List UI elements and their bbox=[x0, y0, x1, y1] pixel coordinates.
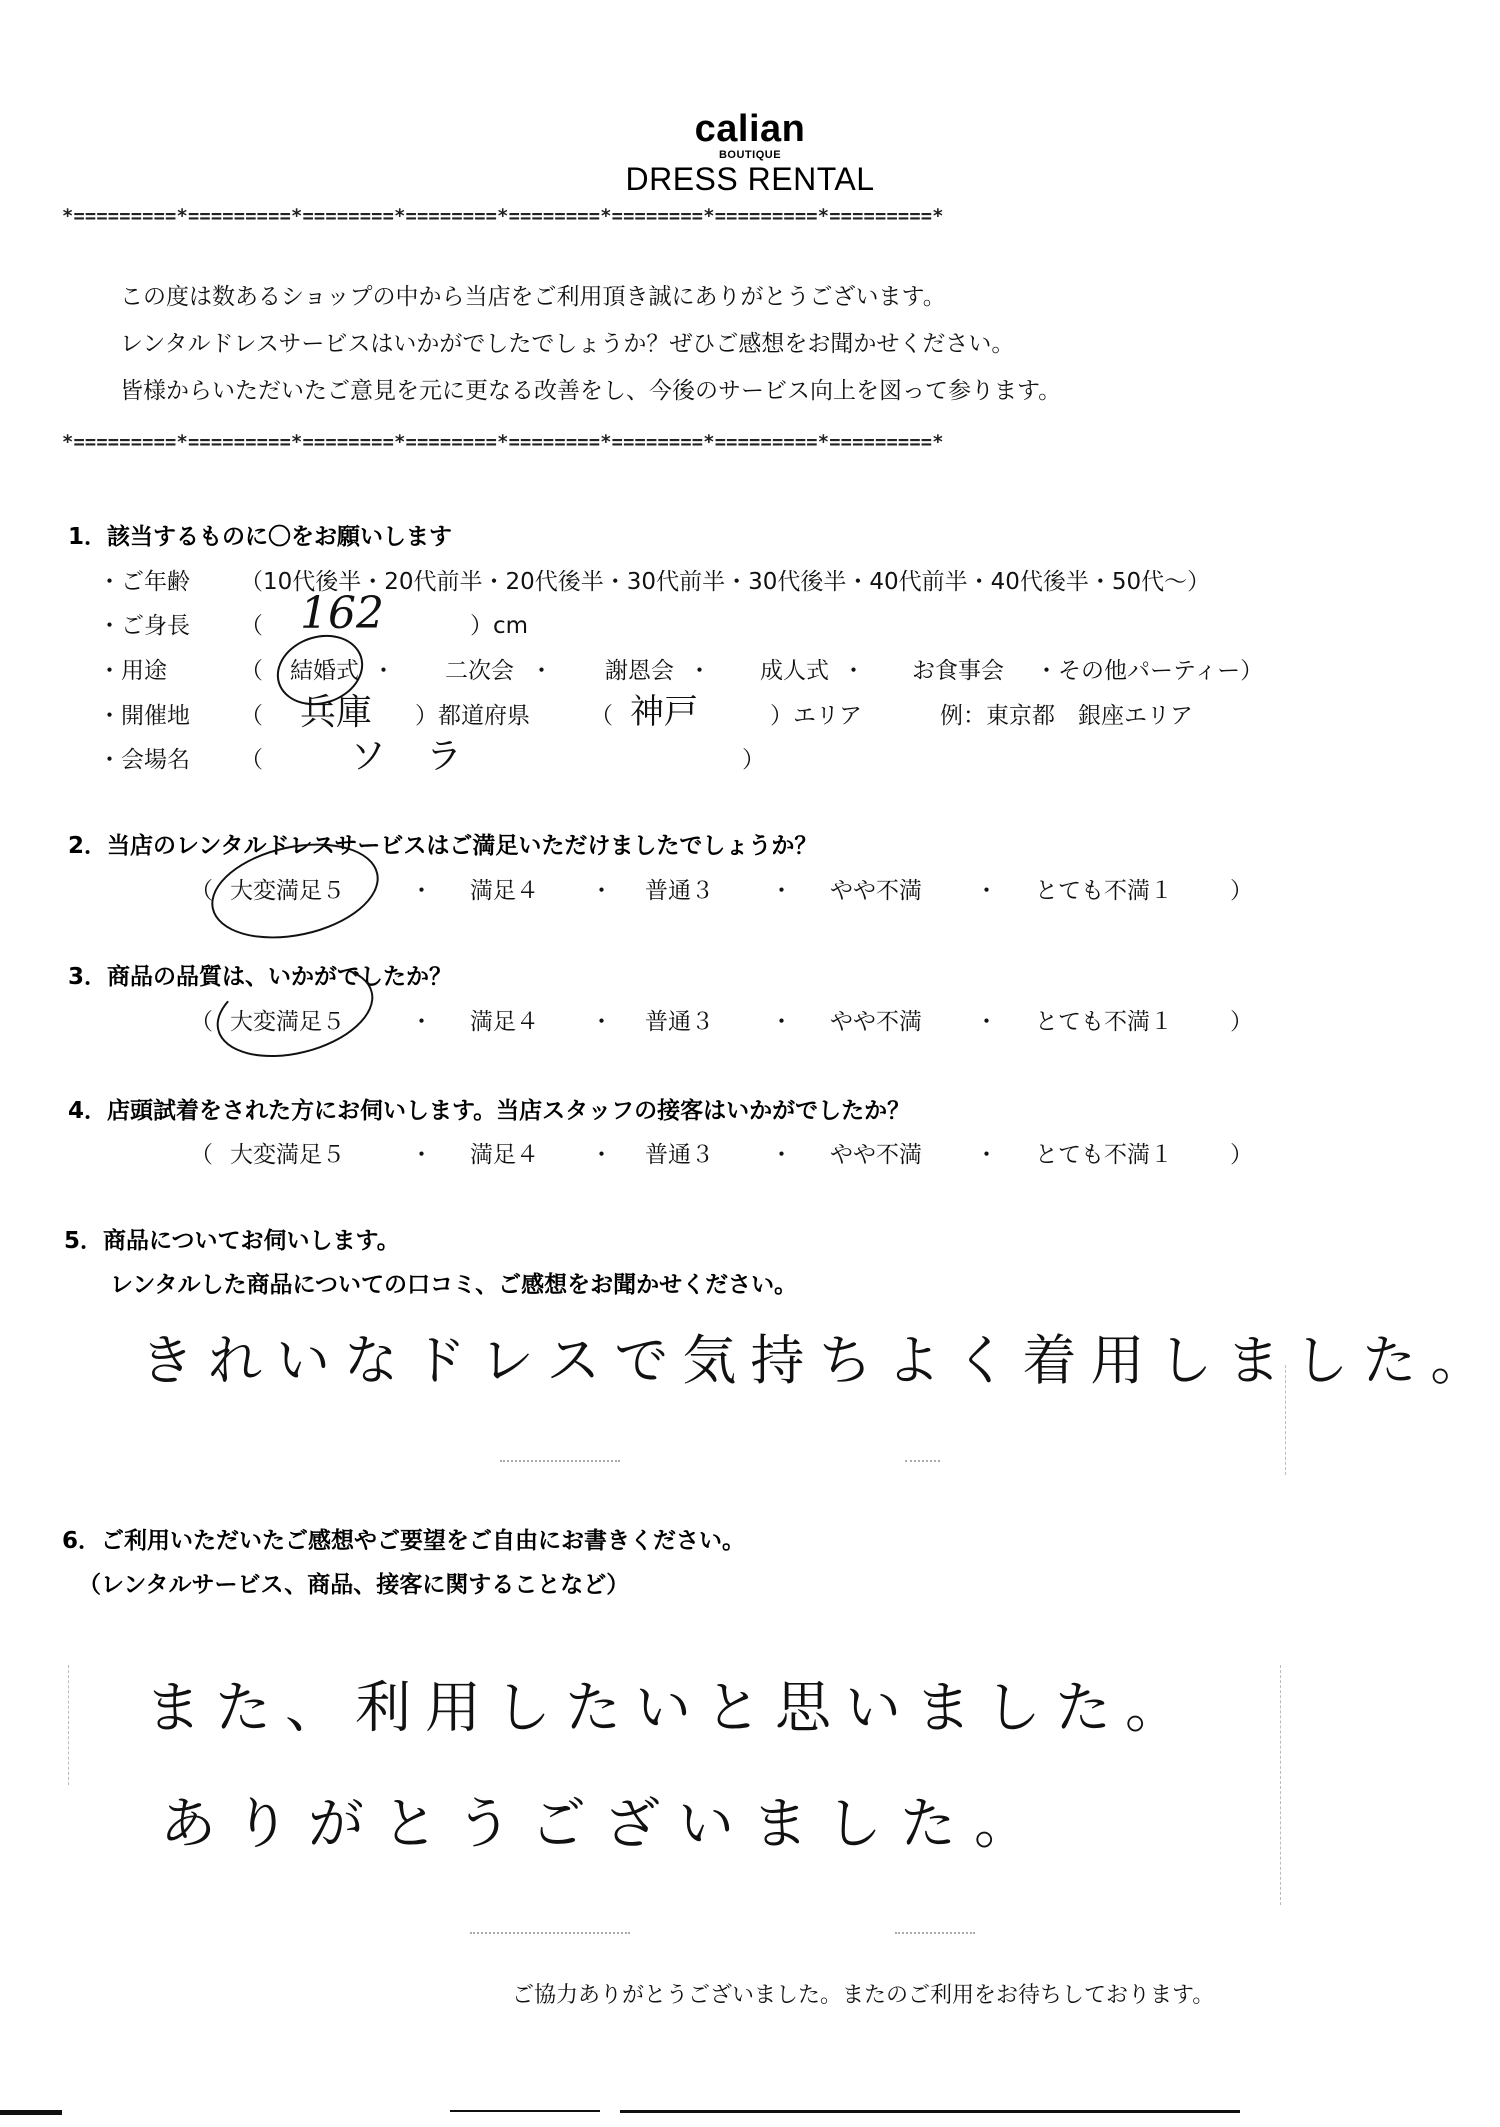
answer-box-edge bbox=[1280, 1665, 1281, 1905]
divider-bottom: *=========*=========*========*========*=… bbox=[62, 432, 1382, 453]
area-input[interactable]: 神戸 bbox=[630, 684, 698, 733]
prefecture-suffix: ）都道府県 bbox=[415, 697, 530, 730]
age-options[interactable]: （10代後半・20代前半・20代後半・30代前半・30代後半・40代前半・40代… bbox=[240, 563, 1210, 596]
answer-box-dots bbox=[470, 1932, 630, 1934]
height-open-paren: （ bbox=[240, 607, 263, 640]
rating-sep: ・ bbox=[770, 1003, 793, 1036]
intro-line-2: レンタルドレスサービスはいかがでしたでしょうか？ぜひご感想をお聞かせください。 bbox=[120, 325, 1014, 358]
q4-title: 4．店頭試着をされた方にお伺いします。当店スタッフの接客はいかがでしたか？ bbox=[68, 1092, 910, 1125]
answer-box-dots bbox=[500, 1460, 620, 1462]
q4-rating-options: （ 大変満足５ ・ 満足４ ・ 普通３ ・ やや不満 ・ とても不満１ ） bbox=[190, 1136, 1290, 1170]
brand-subtitle: BOUTIQUE bbox=[0, 149, 1500, 161]
area-suffix: ）エリア bbox=[770, 697, 862, 730]
scan-edge-mark bbox=[0, 2110, 62, 2115]
q5-answer[interactable]: きれいなドレスで気持ちよく着用しました。 bbox=[140, 1318, 1498, 1395]
rating-somewhat-dissatisfied[interactable]: やや不満 bbox=[830, 1003, 922, 1036]
rating-very-dissatisfied-1[interactable]: とても不満１ bbox=[1035, 1136, 1173, 1169]
venue-location-label: ・開催地 bbox=[98, 697, 190, 730]
rating-somewhat-dissatisfied[interactable]: やや不満 bbox=[830, 872, 922, 905]
q6-answer-line-2[interactable]: ありがとうございました。 bbox=[160, 1780, 1048, 1860]
paren-open: （ bbox=[190, 872, 213, 905]
q2-title: 2．当店のレンタルドレスサービスはご満足いただけましたでしょうか？ bbox=[68, 827, 817, 860]
venue-name-close-paren: ） bbox=[742, 741, 765, 774]
rating-sep: ・ bbox=[590, 1003, 613, 1036]
venue-name-input[interactable]: ソラ bbox=[350, 728, 502, 779]
answer-box-dots bbox=[905, 1460, 940, 1462]
rating-neutral-3[interactable]: 普通３ bbox=[645, 1136, 714, 1169]
rating-very-dissatisfied-1[interactable]: とても不満１ bbox=[1035, 1003, 1173, 1036]
q1-title: 1．該当するものに〇をお願いします bbox=[68, 518, 452, 551]
rating-very-dissatisfied-1[interactable]: とても不満１ bbox=[1035, 872, 1173, 905]
rating-very-satisfied-5[interactable]: 大変満足５ bbox=[230, 1136, 345, 1169]
purpose-option-dinner[interactable]: お食事会 bbox=[912, 652, 1004, 685]
rating-satisfied-4[interactable]: 満足４ bbox=[470, 1136, 539, 1169]
rating-satisfied-4[interactable]: 満足４ bbox=[470, 872, 539, 905]
purpose-sep: ・ bbox=[530, 652, 553, 685]
purpose-option-coming-of-age[interactable]: 成人式 bbox=[760, 652, 829, 685]
paren-open: （ bbox=[190, 1136, 213, 1169]
rating-sep: ・ bbox=[410, 872, 433, 905]
q6-subtitle: （レンタルサービス、商品、接客に関することなど） bbox=[78, 1566, 629, 1599]
paren-open: （ bbox=[190, 1003, 213, 1036]
venue-open-paren: （ bbox=[240, 697, 263, 730]
area-open-paren: （ bbox=[590, 697, 613, 730]
rating-somewhat-dissatisfied[interactable]: やや不満 bbox=[830, 1136, 922, 1169]
paren-close: ） bbox=[1230, 1136, 1253, 1169]
rating-sep: ・ bbox=[410, 1136, 433, 1169]
rating-sep: ・ bbox=[590, 1136, 613, 1169]
rating-sep: ・ bbox=[770, 872, 793, 905]
venue-name-label: ・会場名 bbox=[98, 741, 190, 774]
height-input[interactable]: 162 bbox=[300, 588, 384, 639]
intro-line-1: この度は数あるショップの中から当店をご利用頂き誠にありがとうございます。 bbox=[120, 278, 946, 311]
page-title: DRESS RENTAL bbox=[0, 161, 1500, 198]
q6-answer-line-1[interactable]: また、利用したいと思いました。 bbox=[145, 1664, 1195, 1744]
answer-box-dots bbox=[895, 1932, 975, 1934]
rating-sep: ・ bbox=[770, 1136, 793, 1169]
purpose-option-thanks-party[interactable]: 謝恩会 bbox=[605, 652, 674, 685]
intro-line-3: 皆様からいただいたご意見を元に更なる改善をし、今後のサービス向上を図って参ります… bbox=[120, 372, 1061, 405]
paren-close: ） bbox=[1230, 1003, 1253, 1036]
paren-close: ） bbox=[1230, 872, 1253, 905]
rating-sep: ・ bbox=[975, 872, 998, 905]
height-label: ・ご身長 bbox=[98, 607, 190, 640]
rating-sep: ・ bbox=[590, 872, 613, 905]
rating-sep: ・ bbox=[975, 1003, 998, 1036]
rating-neutral-3[interactable]: 普通３ bbox=[645, 872, 714, 905]
purpose-option-other-party[interactable]: ・その他パーティー） bbox=[1035, 652, 1263, 685]
rating-neutral-3[interactable]: 普通３ bbox=[645, 1003, 714, 1036]
purpose-label: ・用途 bbox=[98, 652, 167, 685]
answer-box-edge bbox=[1285, 1365, 1286, 1475]
purpose-open-paren: （ bbox=[240, 652, 263, 685]
height-unit: ）cm bbox=[470, 607, 528, 640]
purpose-sep: ・ bbox=[842, 652, 865, 685]
footer-rule bbox=[450, 2110, 600, 2112]
answer-box-edge bbox=[68, 1665, 69, 1785]
rating-sep: ・ bbox=[975, 1136, 998, 1169]
rating-satisfied-4[interactable]: 満足４ bbox=[470, 1003, 539, 1036]
q5-title: 5．商品についてお伺いします。 bbox=[64, 1222, 400, 1255]
venue-name-open-paren: （ bbox=[240, 741, 263, 774]
purpose-sep: ・ bbox=[688, 652, 711, 685]
q5-subtitle: レンタルした商品についての口コミ、ご感想をお聞かせください。 bbox=[110, 1266, 797, 1299]
footer-rule bbox=[620, 2110, 1240, 2113]
purpose-sep: ・ bbox=[372, 652, 395, 685]
age-label: ・ご年齢 bbox=[98, 563, 190, 596]
rating-sep: ・ bbox=[410, 1003, 433, 1036]
footer-thanks: ご協力ありがとうございました。またのご利用をお待ちしております。 bbox=[512, 1978, 1214, 2009]
purpose-option-afterparty[interactable]: 二次会 bbox=[445, 652, 514, 685]
brand-logo: calian bbox=[0, 108, 1500, 151]
divider-top: *=========*=========*========*========*=… bbox=[62, 206, 1382, 227]
location-example: 例：東京都 銀座エリア bbox=[940, 697, 1193, 730]
q6-title: 6．ご利用いただいたご感想やご要望をご自由にお書きください。 bbox=[62, 1522, 745, 1555]
